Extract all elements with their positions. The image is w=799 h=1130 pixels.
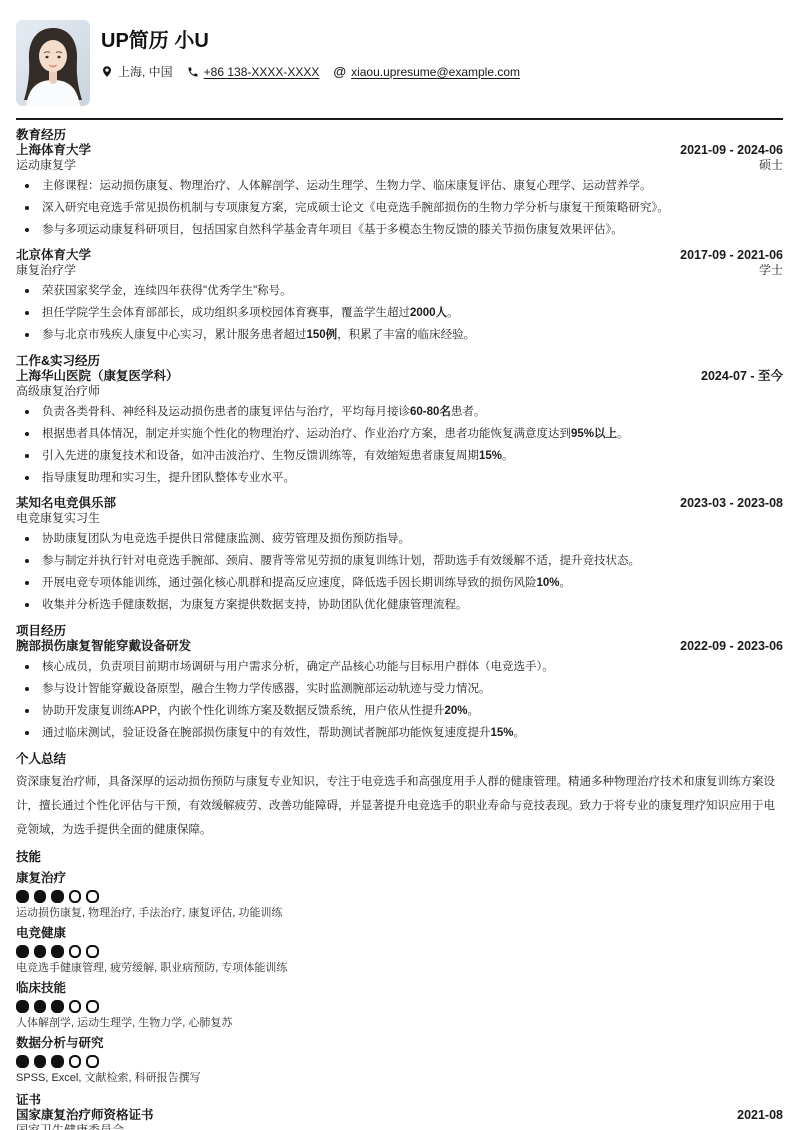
- contact-email: @ xiaou.upresume@example.com: [333, 65, 520, 79]
- skill-name: 康复治疗: [16, 871, 783, 886]
- bullet-item: 荣获国家奖学金，连续四年获得"优秀学生"称号。: [16, 280, 783, 302]
- bullet-item: 通过临床测试，验证设备在腕部损伤康复中的有效性，帮助测试者腕部功能恢复速度提升1…: [16, 722, 783, 744]
- bullet-item: 深入研究电竞选手常见损伤机制与专项康复方案，完成硕士论文《电竞选手腕部损伤的生物…: [16, 197, 783, 219]
- entry-date: 2021-08: [737, 1108, 783, 1123]
- skill-dot-filled: [51, 1000, 64, 1013]
- bullet-item: 参与多项运动康复科研项目，包括国家自然科学基金青年项目《基于多模态生物反馈的膝关…: [16, 219, 783, 241]
- skill-detail: 人体解剖学, 运动生理学, 生物力学, 心肺复苏: [16, 1017, 783, 1030]
- skill-detail: SPSS, Excel, 文献检索, 科研报告撰写: [16, 1072, 783, 1085]
- entry-sub-row: 运动康复学 硕士: [16, 158, 783, 173]
- skill-name: 临床技能: [16, 981, 783, 996]
- school-name: 上海体育大学: [16, 143, 91, 158]
- email-at-icon: @: [333, 65, 346, 78]
- school-name: 北京体育大学: [16, 248, 91, 263]
- degree-name: 学士: [759, 263, 783, 278]
- project-entry: 腕部损伤康复智能穿戴设备研发 2022-09 - 2023-06 核心成员，负责…: [16, 639, 783, 744]
- phone-link[interactable]: +86 138-XXXX-XXXX: [204, 65, 320, 79]
- summary-text: 资深康复治疗师，具备深厚的运动损伤预防与康复专业知识，专注于电竞选手和高强度用手…: [16, 770, 783, 842]
- skill-dot-filled: [16, 1000, 29, 1013]
- header-divider: [16, 118, 783, 120]
- location-pin-icon: [101, 65, 113, 78]
- skill-dot-empty: [86, 1055, 99, 1068]
- skill-dot-empty: [69, 890, 82, 903]
- bullet-item: 开展电竞专项体能训练，通过强化核心肌群和提高反应速度，降低选手因长期训练导致的损…: [16, 572, 783, 594]
- section-skills: 技能 康复治疗 运动损伤康复, 物理治疗, 手法治疗, 康复评估, 功能训练 电…: [16, 850, 783, 1085]
- bullet-item: 协助开发康复训练APP，内嵌个性化训练方案及数据反馈系统，用户依从性提升20%。: [16, 700, 783, 722]
- bullet-list: 协助康复团队为电竞选手提供日常健康监测、疲劳管理及损伤预防指导。 参与制定并执行…: [16, 528, 783, 616]
- section-title-skills: 技能: [16, 850, 783, 865]
- email-link[interactable]: xiaou.upresume@example.com: [351, 65, 520, 79]
- entry-date: 2024-07 - 至今: [701, 369, 783, 384]
- bullet-list: 负责各类骨科、神经科及运动损伤患者的康复评估与治疗，平均每月接诊60-80名患者…: [16, 401, 783, 489]
- bullet-list: 主修课程：运动损伤康复、物理治疗、人体解剖学、运动生理学、生物力学、临床康复评估…: [16, 175, 783, 241]
- bullet-item: 根据患者具体情况，制定并实施个性化的物理治疗、运动治疗、作业治疗方案，患者功能恢…: [16, 423, 783, 445]
- entry-header-row: 上海体育大学 2021-09 - 2024-06: [16, 143, 783, 158]
- skill-dot-filled: [51, 1055, 64, 1068]
- entry-header-row: 某知名电竞俱乐部 2023-03 - 2023-08: [16, 496, 783, 511]
- bullet-list: 荣获国家奖学金，连续四年获得"优秀学生"称号。 担任学院学生会体育部部长，成功组…: [16, 280, 783, 346]
- bullet-item: 协助康复团队为电竞选手提供日常健康监测、疲劳管理及损伤预防指导。: [16, 528, 783, 550]
- skill-item: 电竞健康 电竞选手健康管理, 疲劳缓解, 职业病预防, 专项体能训练: [16, 926, 783, 975]
- bullet-item: 参与制定并执行针对电竞选手腕部、颈肩、腰背等常见劳损的康复训练计划，帮助选手有效…: [16, 550, 783, 572]
- work-entry: 上海华山医院（康复医学科） 2024-07 - 至今 高级康复治疗师 负责各类骨…: [16, 369, 783, 489]
- skill-dot-empty: [69, 1055, 82, 1068]
- skill-item: 数据分析与研究 SPSS, Excel, 文献检索, 科研报告撰写: [16, 1036, 783, 1085]
- entry-header-row: 腕部损伤康复智能穿戴设备研发 2022-09 - 2023-06: [16, 639, 783, 654]
- skill-dot-filled: [34, 1000, 47, 1013]
- section-title-projects: 项目经历: [16, 624, 783, 639]
- entry-date: 2017-09 - 2021-06: [680, 248, 783, 263]
- location-text: 上海, 中国: [118, 63, 173, 80]
- education-entry: 上海体育大学 2021-09 - 2024-06 运动康复学 硕士 主修课程：运…: [16, 143, 783, 241]
- entry-header-row: 北京体育大学 2017-09 - 2021-06: [16, 248, 783, 263]
- portrait-illustration: [16, 20, 90, 106]
- entry-date: 2023-03 - 2023-08: [680, 496, 783, 511]
- phone-icon: [187, 66, 199, 78]
- entry-date: 2022-09 - 2023-06: [680, 639, 783, 654]
- skill-dot-filled: [16, 945, 29, 958]
- skill-level-dots: [16, 890, 783, 903]
- company-name: 上海华山医院（康复医学科）: [16, 369, 179, 384]
- skill-detail: 运动损伤康复, 物理治疗, 手法治疗, 康复评估, 功能训练: [16, 907, 783, 920]
- skill-level-dots: [16, 945, 783, 958]
- bullet-item: 参与设计智能穿戴设备原型，融合生物力学传感器，实时监测腕部运动轨迹与受力情况。: [16, 678, 783, 700]
- contact-phone: +86 138-XXXX-XXXX: [187, 65, 320, 79]
- bullet-item: 主修课程：运动损伤康复、物理治疗、人体解剖学、运动生理学、生物力学、临床康复评估…: [16, 175, 783, 197]
- skill-dot-empty: [86, 890, 99, 903]
- contact-row: 上海, 中国 +86 138-XXXX-XXXX @ xiaou.upresum…: [101, 63, 520, 80]
- skill-level-dots: [16, 1000, 783, 1013]
- section-education: 教育经历 上海体育大学 2021-09 - 2024-06 运动康复学 硕士 主…: [16, 128, 783, 346]
- entry-date: 2021-09 - 2024-06: [680, 143, 783, 158]
- skill-dot-filled: [34, 1055, 47, 1068]
- bullet-item: 引入先进的康复技术和设备，如冲击波治疗、生物反馈训练等，有效缩短患者康复周期15…: [16, 445, 783, 467]
- skill-level-dots: [16, 1055, 783, 1068]
- bullet-item: 参与北京市残疾人康复中心实习，累计服务患者超过150例，积累了丰富的临床经验。: [16, 324, 783, 346]
- section-certificates: 证书 国家康复治疗师资格证书 2021-08 国家卫生健康委员会: [16, 1093, 783, 1130]
- resume-header: UP简历 小U 上海, 中国 +86 138-XXXX-XXXX @ xiaou…: [16, 0, 783, 106]
- section-title-work: 工作&实习经历: [16, 354, 783, 369]
- skill-dot-filled: [51, 945, 64, 958]
- bullet-item: 核心成员，负责项目前期市场调研与用户需求分析，确定产品核心功能与目标用户群体（电…: [16, 656, 783, 678]
- bullet-item: 指导康复助理和实习生，提升团队整体专业水平。: [16, 467, 783, 489]
- skill-dot-filled: [16, 890, 29, 903]
- skill-item: 临床技能 人体解剖学, 运动生理学, 生物力学, 心肺复苏: [16, 981, 783, 1030]
- major-name: 康复治疗学: [16, 263, 76, 278]
- section-projects: 项目经历 腕部损伤康复智能穿戴设备研发 2022-09 - 2023-06 核心…: [16, 624, 783, 744]
- contact-location: 上海, 中国: [101, 63, 173, 80]
- skill-dot-empty: [86, 1000, 99, 1013]
- degree-name: 硕士: [759, 158, 783, 173]
- skill-dot-filled: [34, 945, 47, 958]
- job-title: 高级康复治疗师: [16, 384, 100, 399]
- entry-sub-row: 电竞康复实习生: [16, 511, 783, 526]
- entry-sub-row: 康复治疗学 学士: [16, 263, 783, 278]
- skill-item: 康复治疗 运动损伤康复, 物理治疗, 手法治疗, 康复评估, 功能训练: [16, 871, 783, 920]
- certificate-entry: 国家康复治疗师资格证书 2021-08 国家卫生健康委员会: [16, 1108, 783, 1130]
- bullet-item: 负责各类骨科、神经科及运动损伤患者的康复评估与治疗，平均每月接诊60-80名患者…: [16, 401, 783, 423]
- skill-dot-filled: [34, 890, 47, 903]
- entry-header-row: 上海华山医院（康复医学科） 2024-07 - 至今: [16, 369, 783, 384]
- skill-dot-empty: [86, 945, 99, 958]
- skill-name: 数据分析与研究: [16, 1036, 783, 1051]
- work-entry: 某知名电竞俱乐部 2023-03 - 2023-08 电竞康复实习生 协助康复团…: [16, 496, 783, 616]
- resume-page: UP简历 小U 上海, 中国 +86 138-XXXX-XXXX @ xiaou…: [0, 0, 799, 1130]
- profile-photo: [16, 20, 90, 106]
- job-title: 电竞康复实习生: [16, 511, 100, 526]
- education-entry: 北京体育大学 2017-09 - 2021-06 康复治疗学 学士 荣获国家奖学…: [16, 248, 783, 346]
- company-name: 某知名电竞俱乐部: [16, 496, 116, 511]
- bullet-item: 收集并分析选手健康数据，为康复方案提供数据支持，协助团队优化健康管理流程。: [16, 594, 783, 616]
- bullet-list: 核心成员，负责项目前期市场调研与用户需求分析，确定产品核心功能与目标用户群体（电…: [16, 656, 783, 744]
- skill-dot-filled: [51, 890, 64, 903]
- header-text-block: UP简历 小U 上海, 中国 +86 138-XXXX-XXXX @ xiaou…: [101, 20, 520, 80]
- section-title-certificates: 证书: [16, 1093, 783, 1108]
- skill-name: 电竞健康: [16, 926, 783, 941]
- entry-header-row: 国家康复治疗师资格证书 2021-08: [16, 1108, 783, 1123]
- certificate-name: 国家康复治疗师资格证书: [16, 1108, 154, 1123]
- skill-detail: 电竞选手健康管理, 疲劳缓解, 职业病预防, 专项体能训练: [16, 962, 783, 975]
- section-work: 工作&实习经历 上海华山医院（康复医学科） 2024-07 - 至今 高级康复治…: [16, 354, 783, 616]
- certificate-issuer: 国家卫生健康委员会: [16, 1123, 783, 1130]
- section-title-summary: 个人总结: [16, 752, 783, 767]
- major-name: 运动康复学: [16, 158, 76, 173]
- section-summary: 个人总结 资深康复治疗师，具备深厚的运动损伤预防与康复专业知识，专注于电竞选手和…: [16, 752, 783, 842]
- section-title-education: 教育经历: [16, 128, 783, 143]
- skill-dot-filled: [16, 1055, 29, 1068]
- skill-dot-empty: [69, 1000, 82, 1013]
- project-name: 腕部损伤康复智能穿戴设备研发: [16, 639, 191, 654]
- bullet-item: 担任学院学生会体育部部长，成功组织多项校园体育赛事，覆盖学生超过2000人。: [16, 302, 783, 324]
- candidate-name: UP简历 小U: [101, 28, 520, 54]
- skill-dot-empty: [69, 945, 82, 958]
- entry-sub-row: 高级康复治疗师: [16, 384, 783, 399]
